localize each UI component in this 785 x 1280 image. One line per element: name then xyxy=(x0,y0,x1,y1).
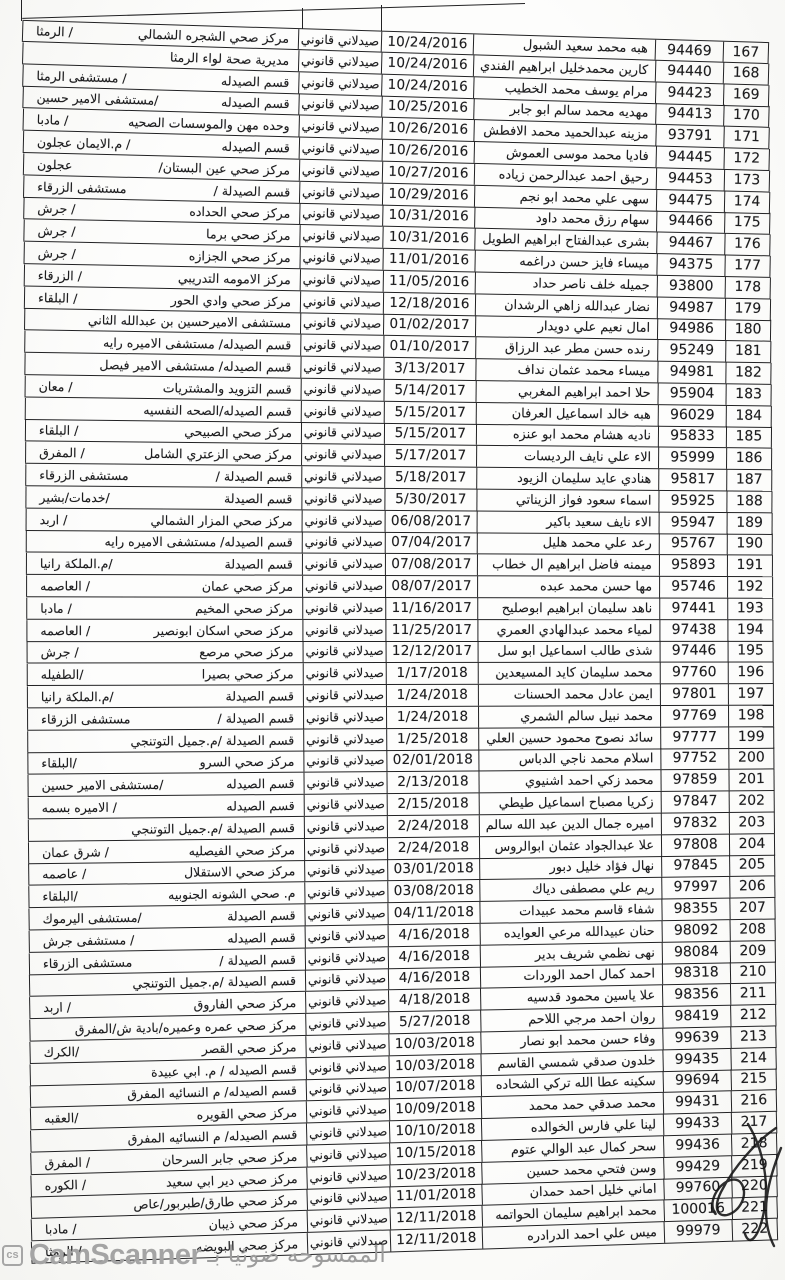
pharmacists-table: مركز صحي الشجره الشمالي / الرمثا صيدلاني… xyxy=(22,31,769,1254)
cell-job-title: صيدلاني قانوني xyxy=(302,620,385,641)
cell-workplace: مركز صحي عمان / العاصمه xyxy=(26,575,302,596)
cell-job-title: صيدلاني قانوني xyxy=(303,772,386,793)
cell-employee-name: ميساء فايز حسن دراغمه xyxy=(474,250,656,274)
workplace-area: /م.الملكة رانيا xyxy=(41,689,114,704)
cell-date: 04/11/2018 xyxy=(387,902,479,924)
cell-employee-id: 97997 xyxy=(661,877,729,899)
workplace-area: / جرش xyxy=(38,245,76,261)
workplace-area: /الكرك xyxy=(43,1044,79,1060)
workplace-name: م. صحي الشونه الجنوبيه xyxy=(168,886,296,903)
workplace-name: مركز صحي الفاروق xyxy=(193,995,296,1012)
cell-date: 2/13/2018 xyxy=(386,772,478,794)
cell-job-title: صيدلاني قانوني xyxy=(300,313,383,335)
workplace-name: مركز صحي الحداده xyxy=(189,204,290,221)
cell-date: 5/15/2017 xyxy=(384,423,476,445)
workplace-area: / البلقاء xyxy=(38,290,78,306)
cell-employee-id: 94423 xyxy=(655,82,724,105)
cell-employee-name: رحيق احمد عبدالرحمن زياده xyxy=(474,164,656,189)
workplace-area: / معان xyxy=(39,378,73,393)
cell-date: 4/16/2018 xyxy=(388,945,480,967)
cell-job-title: صيدلاني قانوني xyxy=(306,1100,389,1123)
cell-row-number: 177 xyxy=(724,255,770,277)
camscanner-arabic-text: الممسوحه ضوئيا بـ xyxy=(207,1242,389,1268)
cell-date: 10/09/2018 xyxy=(389,1097,481,1120)
workplace-area: / مادبا xyxy=(40,600,72,615)
cell-workplace: م. صحي الشونه الجنوبيه /البلقاء xyxy=(28,883,304,908)
cell-row-number: 201 xyxy=(728,769,774,790)
cell-employee-name: الاء علي نايف الرديسات xyxy=(476,446,658,468)
cell-job-title: صيدلاني قانوني xyxy=(306,1143,390,1166)
cell-job-title: صيدلاني قانوني xyxy=(299,247,382,269)
cell-workplace: مركز الامومه التدريبي / الزرقاء xyxy=(24,264,300,290)
cell-row-number: 184 xyxy=(726,405,772,426)
workplace-area: مستشفى الزرقاء xyxy=(43,954,133,971)
cell-row-number: 191 xyxy=(727,555,773,576)
cell-employee-name: سائد نصوح محمود حسين العلي xyxy=(478,727,660,749)
workplace-area: / اربد xyxy=(43,999,71,1015)
cell-employee-name: محمد زكي احمد اشنيوي xyxy=(478,770,660,792)
workplace-name: مركز صحي دير ابي سعيد xyxy=(166,1170,298,1189)
cell-row-number: 170 xyxy=(723,105,770,127)
workplace-area: / البلقاء xyxy=(39,423,79,438)
cell-row-number: 190 xyxy=(727,534,773,555)
cell-job-title: صيدلاني قانوني xyxy=(307,1209,391,1232)
cell-row-number: 188 xyxy=(726,491,772,512)
workplace-area: / المفرق xyxy=(44,1154,90,1170)
cell-job-title: صيدلاني قانوني xyxy=(302,510,385,531)
cell-workplace: قسم الصيدلة /م.الملكة رانيا xyxy=(26,553,302,575)
workplace-area: / مادبا xyxy=(45,1221,77,1237)
cell-employee-name: شذى طالب اسماعيل ابو سل xyxy=(478,641,660,662)
workplace-name: قسم الصيدله/ مستشفى الاميره رايه xyxy=(105,534,293,550)
cell-row-number: 176 xyxy=(724,234,770,256)
workplace-name: قسم الصيدله xyxy=(226,798,295,814)
cell-workplace: قسم التزويد والمشتريات / معان xyxy=(25,375,301,399)
cell-date: 10/31/2016 xyxy=(382,205,474,228)
workplace-area: / العاصمه xyxy=(40,623,90,638)
cell-employee-name: ناهد سليمان ابراهيم ابوصليح xyxy=(477,598,659,619)
cell-employee-id: 93791 xyxy=(655,125,724,148)
cell-employee-id: 99431 xyxy=(663,1091,731,1113)
cell-employee-name: نهال فؤاد خليل دبور xyxy=(479,856,661,879)
cell-job-title: صيدلاني قانوني xyxy=(304,881,387,903)
cell-employee-id: 94466 xyxy=(656,211,724,233)
workplace-name: قسم الصيدله/ م النسائيه المفرق xyxy=(127,1083,297,1102)
workplace-name: مركز صحي عين البستان/ xyxy=(158,159,290,177)
workplace-name: مركز صحي ذيبان xyxy=(208,1214,298,1232)
workplace-name: قسم الصيدلة /م.جميل التوتنجي xyxy=(130,732,294,748)
workplace-name: قسم الصيدلة / xyxy=(216,469,293,485)
cell-date: 4/16/2018 xyxy=(388,924,480,946)
cell-employee-name: ميساء محمد عثمان نداف xyxy=(475,359,657,382)
cell-date: 02/01/2018 xyxy=(386,750,478,771)
cell-employee-name: اسماء سعود فواز الزيناتي xyxy=(476,489,658,511)
cell-job-title: صيدلاني قانوني xyxy=(300,291,383,313)
workplace-name: قسم الصيدلة / xyxy=(213,182,290,199)
cell-job-title: صيدلاني قانوني xyxy=(300,269,383,291)
cell-date: 4/16/2018 xyxy=(388,967,480,989)
cell-job-title: صيدلاني قانوني xyxy=(303,663,386,684)
cell-date: 10/24/2016 xyxy=(381,74,474,97)
cell-employee-id: 97446 xyxy=(660,641,728,662)
cell-date: 10/24/2016 xyxy=(381,32,474,55)
workplace-name: قسم الصيدلة /م.جميل التوتنجي xyxy=(131,820,295,837)
cell-job-title: صيدلاني قانوني xyxy=(301,466,384,487)
cell-row-number: 173 xyxy=(724,169,770,191)
cell-job-title: صيدلاني قانوني xyxy=(303,641,386,662)
cell-employee-name: نضار عبدالله زاهي الرشدان xyxy=(475,294,657,318)
cell-row-number: 208 xyxy=(729,919,775,941)
cell-workplace: مركز صحي الفيصليه / شرق عمان xyxy=(28,839,304,863)
cell-employee-id: 97752 xyxy=(660,748,728,769)
table-row: مركز صحي اسكان ابونصير / العاصمه صيدلاني… xyxy=(26,619,773,641)
workplace-name: قسم الصيدلة xyxy=(225,688,293,703)
workplace-name: مركز صحي الزعتري الشامل xyxy=(144,446,292,462)
cell-employee-name: شفاء قاسم محمد عبيدات xyxy=(479,899,661,922)
cell-employee-id: 97441 xyxy=(659,598,727,619)
cell-row-number: 209 xyxy=(730,940,776,962)
cell-workplace: مركز صحي الاستقلال / عاصمه xyxy=(28,861,304,885)
cell-employee-name: علا ياسين محمود قدسيه xyxy=(480,985,662,1009)
cell-workplace: قسم الصيدلة /م.الملكة رانيا xyxy=(27,685,303,707)
scanned-page: مركز صحي الشجره الشمالي / الرمثا صيدلاني… xyxy=(0,0,785,1280)
cell-row-number: 197 xyxy=(728,684,774,705)
cell-row-number: 192 xyxy=(727,577,773,598)
cell-workplace: مركز صحي المخيم / مادبا xyxy=(26,598,302,619)
cell-job-title: صيدلاني قانوني xyxy=(304,860,387,882)
cell-workplace: مركز صحي الصبيحي / البلقاء xyxy=(25,420,301,443)
cell-employee-name: رعد علي محمد هليل xyxy=(477,533,659,555)
workplace-area: /البلقاء xyxy=(41,756,77,771)
cell-job-title: صيدلاني قانوني xyxy=(298,72,382,95)
cell-employee-name: مها حسن محمد عبده xyxy=(477,576,659,597)
cell-employee-id: 98419 xyxy=(662,1005,730,1027)
cell-row-number: 199 xyxy=(728,726,774,747)
workplace-name: قسم الصيدله xyxy=(226,776,295,792)
cell-employee-id: 99639 xyxy=(662,1027,730,1049)
cell-job-title: صيدلاني قانوني xyxy=(305,947,388,969)
cell-workplace: قسم الصيدله/الصحه النفسيه xyxy=(25,398,301,422)
cell-employee-name: محمد نبيل سالم الشمري xyxy=(478,706,660,728)
cell-employee-id: 93800 xyxy=(657,275,725,297)
workplace-area: / الزرقاء xyxy=(38,267,82,283)
cell-date: 08/07/2017 xyxy=(385,576,477,597)
cell-row-number: 214 xyxy=(730,1047,776,1069)
cell-date: 10/26/2016 xyxy=(381,118,473,141)
workplace-name: قسم الصيدله xyxy=(221,95,290,112)
workplace-name: مركز صحي اسكان ابونصير xyxy=(154,623,294,638)
cell-date: 03/01/2018 xyxy=(387,858,479,880)
cell-job-title: صيدلاني قانوني xyxy=(300,335,383,357)
workplace-area: / مستشفى جرش xyxy=(43,932,135,948)
cell-employee-name: سهام رزق محمد داود xyxy=(474,207,656,232)
cell-row-number: 169 xyxy=(723,84,770,106)
workplace-name: مركز صحي الصبيحي xyxy=(184,424,292,440)
cell-row-number: 210 xyxy=(730,962,776,984)
workplace-area: / اربد xyxy=(40,512,68,527)
cell-employee-id: 97801 xyxy=(660,684,728,705)
cell-row-number: 174 xyxy=(724,191,770,213)
workplace-name: قسم التزويد والمشتريات xyxy=(163,380,292,397)
cell-employee-name: وفاء حسن محمد ابو نصار xyxy=(480,1028,662,1053)
workplace-area: / مادبا xyxy=(37,112,69,128)
cell-job-title: صيدلاني قانوني xyxy=(305,1012,388,1034)
workplace-area: مستشفى الزرقاء xyxy=(39,467,128,483)
cell-row-number: 175 xyxy=(724,212,770,234)
cell-employee-id: 98355 xyxy=(661,898,729,920)
workplace-name: قسم الصيدلة xyxy=(224,491,292,506)
workplace-name: قسم الصيدله/ مستشفى الامير فيصل xyxy=(99,357,291,374)
cell-employee-id: 99435 xyxy=(662,1048,730,1070)
workplace-name: مركز صحي طارق/طبربور/عاص xyxy=(133,1192,298,1212)
cell-job-title: صيدلاني قانوني xyxy=(298,94,382,117)
cell-workplace: قسم الصيدلة /خدمات/بشير xyxy=(25,486,301,509)
cell-employee-id: 98092 xyxy=(662,920,730,942)
workplace-area: / الاميره بسمه xyxy=(42,800,117,816)
table-row: مركز صحي عمان / العاصمه صيدلاني قانوني 0… xyxy=(26,575,773,598)
table-row: مركز صحي بصيرا /الطفيله صيدلاني قانوني 1… xyxy=(27,662,774,686)
workplace-area: / الكوره xyxy=(44,1176,86,1192)
workplace-name: مركز صحي القويره xyxy=(196,1105,297,1122)
workplace-name: مركز صحي الفيصليه xyxy=(189,842,295,858)
workplace-name: قسم الصيدله / م. ابي عبيدة xyxy=(151,1061,297,1079)
cell-workplace: قسم الصيدله/ مستشفى الاميره رايه xyxy=(24,331,300,356)
workplace-name: قسم الصيدله xyxy=(227,929,296,945)
cell-row-number: 181 xyxy=(725,341,771,362)
cell-employee-id: 97847 xyxy=(661,791,729,812)
cell-workplace: مستشفى الاميرحسين بن عبدالله الثاني xyxy=(24,309,300,334)
workplace-area: مستشفى الزرقاء xyxy=(41,711,130,726)
workplace-area: / جرش xyxy=(41,645,79,660)
cell-employee-name: ريم علي مصطفى دياك xyxy=(479,878,661,901)
cell-job-title: صيدلاني قانوني xyxy=(299,181,382,204)
workplace-area: /مستشفى الامير حسين xyxy=(36,90,158,108)
cell-employee-id: 95833 xyxy=(658,426,726,447)
cell-job-title: صيدلاني قانوني xyxy=(303,750,386,771)
workplace-area: مستشفى الزرقاء xyxy=(37,179,127,196)
cell-workplace: مركز صحي بصيرا /الطفيله xyxy=(27,663,303,684)
cell-employee-id: 95999 xyxy=(658,447,726,468)
cell-employee-name: نهى نظمي شريف بدير xyxy=(480,942,662,966)
cell-workplace: مركز صحي اسكان ابونصير / العاصمه xyxy=(26,620,302,641)
workplace-name: مركز صحي المزار الشمالي xyxy=(150,512,292,528)
cell-employee-name: احمد كمال احمد الوردات xyxy=(480,964,662,988)
cell-employee-id: 95904 xyxy=(657,383,725,405)
cell-row-number: 198 xyxy=(728,705,774,726)
cell-date: 5/15/2017 xyxy=(384,401,476,423)
cell-row-number: 207 xyxy=(729,897,775,918)
cell-row-number: 212 xyxy=(730,1004,776,1026)
cell-workplace: مركز صحي مرصع / جرش xyxy=(27,642,303,663)
previous-row-column-tick xyxy=(381,5,382,31)
table-row: قسم الصيدله/ مستشفى الاميره رايه صيدلاني… xyxy=(26,531,773,556)
cell-job-title: صيدلاني قانوني xyxy=(303,685,386,706)
cell-date: 07/04/2017 xyxy=(385,532,477,553)
workplace-area: /البلقاء xyxy=(42,889,78,904)
cell-job-title: صيدلاني قانوني xyxy=(299,225,382,247)
cell-date: 10/24/2016 xyxy=(381,52,474,75)
cell-job-title: صيدلاني قانوني xyxy=(302,576,385,597)
table-row: قسم الصيدلة /م.الملكة رانيا صيدلاني قانو… xyxy=(27,684,774,709)
cell-date: 10/31/2016 xyxy=(382,227,474,250)
cell-job-title: صيدلاني قانوني xyxy=(306,1187,390,1210)
workplace-area: /خدمات/بشير xyxy=(39,489,109,504)
workplace-area: /مستشفى الامير حسين xyxy=(42,777,164,793)
cell-row-number: 195 xyxy=(728,641,774,662)
cell-employee-id: 97760 xyxy=(660,662,728,683)
cell-job-title: صيدلاني قانوني xyxy=(306,1078,389,1101)
workplace-name: مركز صحي الاستقلال xyxy=(184,864,295,880)
cell-job-title: صيدلاني قانوني xyxy=(302,598,385,619)
workplace-area: /مستشفى اليرموك xyxy=(42,910,141,926)
cell-employee-id: 95925 xyxy=(658,490,726,511)
cell-row-number: 215 xyxy=(731,1069,777,1091)
cell-date: 11/01/2018 xyxy=(389,1184,482,1207)
cell-date: 10/15/2018 xyxy=(389,1141,482,1164)
cell-employee-name: ناديه هشام محمد ابو عنزه xyxy=(476,424,658,447)
table-left-border-tick xyxy=(21,0,22,21)
cell-employee-id: 94981 xyxy=(657,361,725,383)
cell-job-title: صيدلاني قانوني xyxy=(299,160,382,183)
cell-job-title: صيدلاني قانوني xyxy=(301,379,384,401)
cell-employee-id: 95746 xyxy=(659,576,727,597)
cell-row-number: 211 xyxy=(730,983,776,1005)
cell-date: 10/27/2016 xyxy=(382,161,474,184)
cell-job-title: صيدلاني قانوني xyxy=(301,488,384,509)
workplace-area: / العاصمه xyxy=(40,578,90,593)
workplace-area: /م.الملكة رانيا xyxy=(40,556,113,571)
workplace-name: مركز صحي المخيم xyxy=(195,601,293,616)
workplace-name: مركز صحي الجزازه xyxy=(189,248,291,265)
cell-employee-id: 98356 xyxy=(662,984,730,1006)
cell-job-title: صيدلاني قانوني xyxy=(304,838,387,860)
cell-date: 12/11/2018 xyxy=(390,1228,483,1252)
cell-employee-id: 94440 xyxy=(655,60,724,83)
cell-row-number: 185 xyxy=(726,427,772,448)
workplace-area: / مستشفى الرمثا xyxy=(36,68,127,85)
cell-date: 12/18/2016 xyxy=(383,292,475,314)
cell-job-title: صيدلاني قانوني xyxy=(305,925,388,947)
cell-row-number: 172 xyxy=(723,148,769,170)
cell-date: 10/29/2016 xyxy=(382,183,474,206)
cell-date: 12/12/2017 xyxy=(386,641,478,662)
cell-row-number: 178 xyxy=(725,277,771,299)
cell-workplace: مركز صحي المزار الشمالي / اربد xyxy=(26,509,302,531)
cell-job-title: صيدلاني قانوني xyxy=(304,903,387,925)
cell-employee-name: هنادي عايد سليمان الزيود xyxy=(476,468,658,490)
cell-date: 5/27/2018 xyxy=(388,1010,480,1033)
cell-date: 3/13/2017 xyxy=(383,358,475,380)
cell-job-title: صيدلاني قانوني xyxy=(298,116,381,139)
cell-employee-name: لمياء محمد عبدالهادي العمري xyxy=(477,620,659,641)
cell-row-number: 179 xyxy=(725,298,771,320)
cell-employee-id: 94445 xyxy=(656,146,724,168)
workplace-name: مديرية صحة لواء الرمثا xyxy=(170,49,290,67)
workplace-name: مركز صحي بصيرا xyxy=(202,666,294,681)
cell-date: 07/08/2017 xyxy=(385,554,477,575)
cell-row-number: 194 xyxy=(727,619,773,640)
cell-row-number: 204 xyxy=(729,833,775,854)
cell-row-number: 213 xyxy=(730,1026,776,1048)
cell-date: 10/03/2018 xyxy=(388,1032,480,1055)
cell-employee-name: امال نعيم علي دويدار xyxy=(475,316,657,340)
cell-employee-id: 98318 xyxy=(662,962,730,984)
cell-employee-id: 94987 xyxy=(657,297,725,319)
workplace-area: / عاصمه xyxy=(42,866,86,882)
cell-row-number: 171 xyxy=(723,126,770,148)
cell-employee-id: 95893 xyxy=(659,555,727,576)
cell-workplace: مركز صحي السرو /البلقاء xyxy=(27,751,303,774)
cell-employee-name: حلا احمد ابراهيم المغربي xyxy=(475,381,657,404)
workplace-name: مركز الامومه التدريبي xyxy=(178,270,291,287)
workplace-name: قسم الصيدلة / xyxy=(219,951,296,967)
cell-workplace: مركز صحي الزعتري الشامل / المفرق xyxy=(25,442,301,465)
workplace-name: مركز صحي جابر السرحان xyxy=(162,1149,298,1168)
cell-date: 5/14/2017 xyxy=(384,380,476,402)
cell-date: 2/24/2018 xyxy=(387,837,479,859)
cell-date: 11/05/2016 xyxy=(383,271,475,293)
workplace-name: مركز صحي السرو xyxy=(199,754,294,770)
workplace-name: مركز صحي الشجره الشمالي xyxy=(138,27,289,46)
cell-row-number: 182 xyxy=(725,362,771,383)
cell-row-number: 180 xyxy=(725,319,771,340)
cell-employee-name: اميره جمال الدين عبد الله سالم xyxy=(479,813,661,836)
cell-job-title: صيدلاني قانوني xyxy=(299,203,382,226)
cell-row-number: 216 xyxy=(731,1090,778,1112)
cell-employee-id: 95249 xyxy=(657,340,725,362)
workplace-area: / م.الايمان عجلون xyxy=(37,134,131,151)
cell-employee-id: 94469 xyxy=(655,40,724,62)
cell-job-title: صيدلاني قانوني xyxy=(305,1034,388,1057)
workplace-name: قسم الصيدله xyxy=(221,73,290,90)
workplace-name: قسم الصيدلة /م.جميل التوتنجي xyxy=(132,973,296,991)
cell-employee-id: 94413 xyxy=(655,103,724,126)
workplace-area: / الرمثا xyxy=(36,24,73,40)
workplace-name: قسم الصيدله/ م النسائيه المفرق xyxy=(127,1127,297,1146)
cell-workplace: قسم الصيدلة /م.جميل التوتنجي xyxy=(27,729,303,751)
cell-employee-name: روان احمد مرجي اللاحم xyxy=(480,1007,662,1031)
cell-date: 12/11/2018 xyxy=(390,1206,483,1230)
signature-scribble xyxy=(688,1122,785,1262)
workplace-area: / جرش xyxy=(37,223,75,239)
cell-date: 10/23/2018 xyxy=(389,1162,482,1185)
cell-date: 1/24/2018 xyxy=(386,685,478,706)
cell-employee-id: 94475 xyxy=(656,189,724,211)
cell-employee-id: 97808 xyxy=(661,834,729,856)
cell-job-title: صيدلاني قانوني xyxy=(303,729,386,750)
previous-row-column-tick xyxy=(302,8,303,29)
cell-date: 11/16/2017 xyxy=(385,598,477,619)
cell-employee-id: 97845 xyxy=(661,855,729,877)
cell-date: 11/01/2016 xyxy=(382,249,474,272)
cell-date: 10/03/2018 xyxy=(388,1054,480,1077)
cell-job-title: صيدلاني قانوني xyxy=(306,1165,390,1188)
cell-date: 10/25/2016 xyxy=(381,96,474,119)
workplace-name: مركز صحي وادي الحور xyxy=(171,292,291,309)
workplace-name: قسم الصيدلة / xyxy=(217,710,294,725)
cell-date: 5/17/2017 xyxy=(384,445,476,467)
cell-employee-name: حنان عبيدالله مرعي العوايده xyxy=(480,921,662,945)
cell-job-title: صيدلاني قانوني xyxy=(301,422,384,444)
cell-workplace: قسم الصيدلة / مستشفى الزرقاء xyxy=(27,707,303,729)
cell-employee-id: 94375 xyxy=(656,254,724,276)
workplace-area: عجلون xyxy=(37,156,73,172)
cell-date: 1/25/2018 xyxy=(386,728,478,749)
cell-employee-name: الاء نايف سعيد باكير xyxy=(477,511,659,533)
cell-row-number: 202 xyxy=(729,791,775,812)
cell-workplace: قسم الصيدله / الاميره بسمه xyxy=(28,795,304,818)
cell-job-title: صيدلاني قانوني xyxy=(305,990,388,1012)
